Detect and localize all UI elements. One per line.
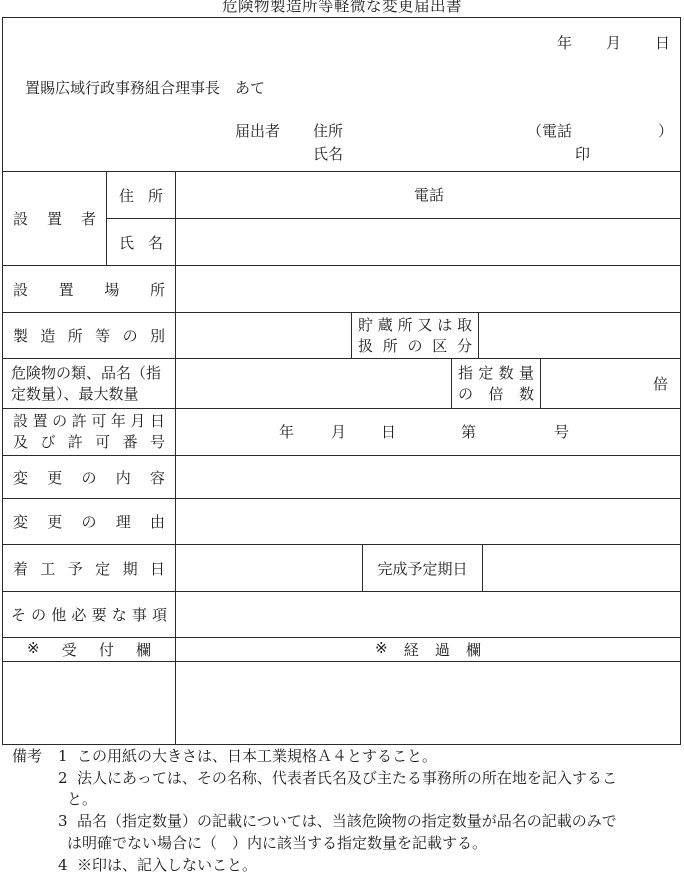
facility-category-label-line1: 貯蔵所又は取 xyxy=(358,315,472,336)
permit-label-line1: 設置の許可年月日 xyxy=(13,411,165,432)
start-date-label: 着工予定期日 xyxy=(13,558,165,579)
installer-phone-label: 電話 xyxy=(414,187,444,203)
installer-name-field xyxy=(176,219,680,265)
reception-label: ※受付欄 xyxy=(27,639,151,660)
hazmat-field xyxy=(176,359,452,408)
installer-label: 設置者 xyxy=(13,208,96,229)
start-date-field xyxy=(176,545,363,591)
reception-field xyxy=(3,662,176,744)
date-month-label: 月 xyxy=(606,32,621,53)
remarks-section: 備考 1 この用紙の大きさは、日本工業規格Ａ４とすること。 2 法人にあっては、… xyxy=(12,746,678,876)
remark-text: ※印は、記入しないこと。 xyxy=(67,855,257,877)
facility-category-label-cell: 貯蔵所又は取 扱所の区分 xyxy=(352,313,479,358)
location-label: 設置場所 xyxy=(13,279,165,300)
installer-label-cell: 設置者 xyxy=(3,172,107,265)
installer-row: 設置者 住所 氏名 電話 xyxy=(3,172,680,266)
other-label: その他必要な事項 xyxy=(11,604,167,625)
date-line: 年 月 日 xyxy=(557,32,670,53)
change-content-label: 変更の内容 xyxy=(13,467,165,488)
header-cell: 年 月 日 置賜広域行政事務組合理事長 あて 届出者 住所 （電話 ） 氏名 印 xyxy=(3,18,680,171)
hazmat-multiple-label-line1: 指定数量 xyxy=(458,363,534,384)
installer-name-label: 氏名 xyxy=(119,232,163,253)
office-use-row: ※受付欄 ※経過欄 xyxy=(3,638,680,662)
phone-open-label: （電話 xyxy=(527,123,572,139)
permit-row: 設置の許可年月日 及び許可番号 年 月 日 第 号 xyxy=(3,409,680,456)
permit-number-prefix-label: 第 xyxy=(461,424,476,440)
change-content-field xyxy=(176,456,680,498)
hazmat-multiple-field: 倍 xyxy=(541,359,680,408)
hazmat-unit-label: 倍 xyxy=(653,373,668,394)
seal-label: 印 xyxy=(575,146,590,162)
remark-text: 品名（指定数量）の記載については、当該危険物の指定数量が品名の記載のみで は明確… xyxy=(67,811,617,854)
form-table: 年 月 日 置賜広域行政事務組合理事長 あて 届出者 住所 （電話 ） 氏名 印… xyxy=(2,17,681,745)
remark-item: 1 この用紙の大きさは、日本工業規格Ａ４とすること。 xyxy=(58,746,678,768)
reception-label-cell: ※受付欄 xyxy=(3,638,176,661)
installer-address-label-cell: 住所 xyxy=(107,172,175,219)
completion-date-label: 完成予定期日 xyxy=(377,558,467,579)
permit-year-label: 年 xyxy=(279,424,294,440)
progress-label-cell: ※経過欄 xyxy=(176,638,680,661)
permit-label-cell: 設置の許可年月日 及び許可番号 xyxy=(3,409,176,455)
change-content-label-cell: 変更の内容 xyxy=(3,456,176,498)
hazmat-label-cell: 危険物の類、品名（指 定数量）、最大数量 xyxy=(3,359,176,408)
installer-name-label-cell: 氏名 xyxy=(107,219,175,265)
addressee: 置賜広域行政事務組合理事長 あて xyxy=(25,80,265,96)
permit-day-label: 日 xyxy=(381,424,396,440)
remark-item: 4 ※印は、記入しないこと。 xyxy=(58,855,678,877)
form-title: 危険物製造所等軽微な変更届出書 xyxy=(0,0,684,15)
location-row: 設置場所 xyxy=(3,266,680,313)
schedule-row: 着工予定期日 完成予定期日 xyxy=(3,545,680,592)
facility-category-label-line2: 扱所の区分 xyxy=(358,336,472,357)
notifier-address-label: 住所 xyxy=(313,123,343,139)
progress-field xyxy=(176,662,680,744)
remark-text: 法人にあっては、その名称、代表者氏名及び主たる事務所の所在地を記入するこ と。 xyxy=(67,768,617,811)
header-section: 年 月 日 置賜広域行政事務組合理事長 あて 届出者 住所 （電話 ） 氏名 印 xyxy=(3,18,680,172)
notifier-label: 届出者 xyxy=(235,123,280,139)
change-content-row: 変更の内容 xyxy=(3,456,680,499)
hazmat-multiple-label-line2: の倍数 xyxy=(458,384,534,405)
hazmat-multiple-label-cell: 指定数量 の倍数 xyxy=(452,359,541,408)
completion-date-field xyxy=(483,545,680,591)
permit-field: 年 月 日 第 号 xyxy=(176,409,680,455)
installer-address-label: 住所 xyxy=(119,185,163,206)
start-date-label-cell: 着工予定期日 xyxy=(3,545,176,591)
remarks-list: 1 この用紙の大きさは、日本工業規格Ａ４とすること。 2 法人にあっては、その名… xyxy=(58,746,678,876)
remark-text: この用紙の大きさは、日本工業規格Ａ４とすること。 xyxy=(67,746,437,768)
permit-label-line2: 及び許可番号 xyxy=(13,432,165,453)
facility-category-field xyxy=(479,313,680,358)
remark-item: 2 法人にあっては、その名称、代表者氏名及び主たる事務所の所在地を記入するこ と… xyxy=(58,768,678,811)
remarks-label: 備考 xyxy=(12,746,42,876)
other-field xyxy=(176,592,680,637)
permit-month-label: 月 xyxy=(331,424,346,440)
permit-number-suffix-label: 号 xyxy=(554,424,569,440)
date-year-label: 年 xyxy=(557,32,572,53)
hazmat-label-line1: 危険物の類、品名（指 xyxy=(11,363,167,384)
change-reason-label-cell: 変更の理由 xyxy=(3,499,176,544)
form-page: 危険物製造所等軽微な変更届出書 年 月 日 置賜広域行政事務組合理事長 あて 届… xyxy=(0,0,684,878)
hazmat-row: 危険物の類、品名（指 定数量）、最大数量 指定数量 の倍数 倍 xyxy=(3,359,680,409)
change-reason-label: 変更の理由 xyxy=(13,511,165,532)
other-label-cell: その他必要な事項 xyxy=(3,592,176,637)
location-label-cell: 設置場所 xyxy=(3,266,176,312)
installer-sublabel-col: 住所 氏名 xyxy=(107,172,176,265)
change-reason-row: 変更の理由 xyxy=(3,499,680,545)
hazmat-label-line2: 定数量）、最大数量 xyxy=(11,384,167,405)
remark-item: 3 品名（指定数量）の記載については、当該危険物の指定数量が品名の記載のみで は… xyxy=(58,811,678,854)
phone-close-label: ） xyxy=(658,123,673,139)
installer-address-field: 電話 xyxy=(176,172,680,219)
notifier-name-label: 氏名 xyxy=(313,146,343,162)
facility-field xyxy=(176,313,352,358)
date-day-label: 日 xyxy=(655,32,670,53)
facility-type-row: 製造所等の別 貯蔵所又は取 扱所の区分 xyxy=(3,313,680,359)
facility-label-cell: 製造所等の別 xyxy=(3,313,176,358)
location-field xyxy=(176,266,680,312)
change-reason-field xyxy=(176,499,680,544)
installer-value-col: 電話 xyxy=(176,172,680,265)
facility-label: 製造所等の別 xyxy=(13,325,165,346)
progress-label: ※経過欄 xyxy=(375,639,481,660)
office-use-blank-row xyxy=(3,662,680,744)
other-row: その他必要な事項 xyxy=(3,592,680,638)
completion-date-label-cell: 完成予定期日 xyxy=(363,545,483,591)
